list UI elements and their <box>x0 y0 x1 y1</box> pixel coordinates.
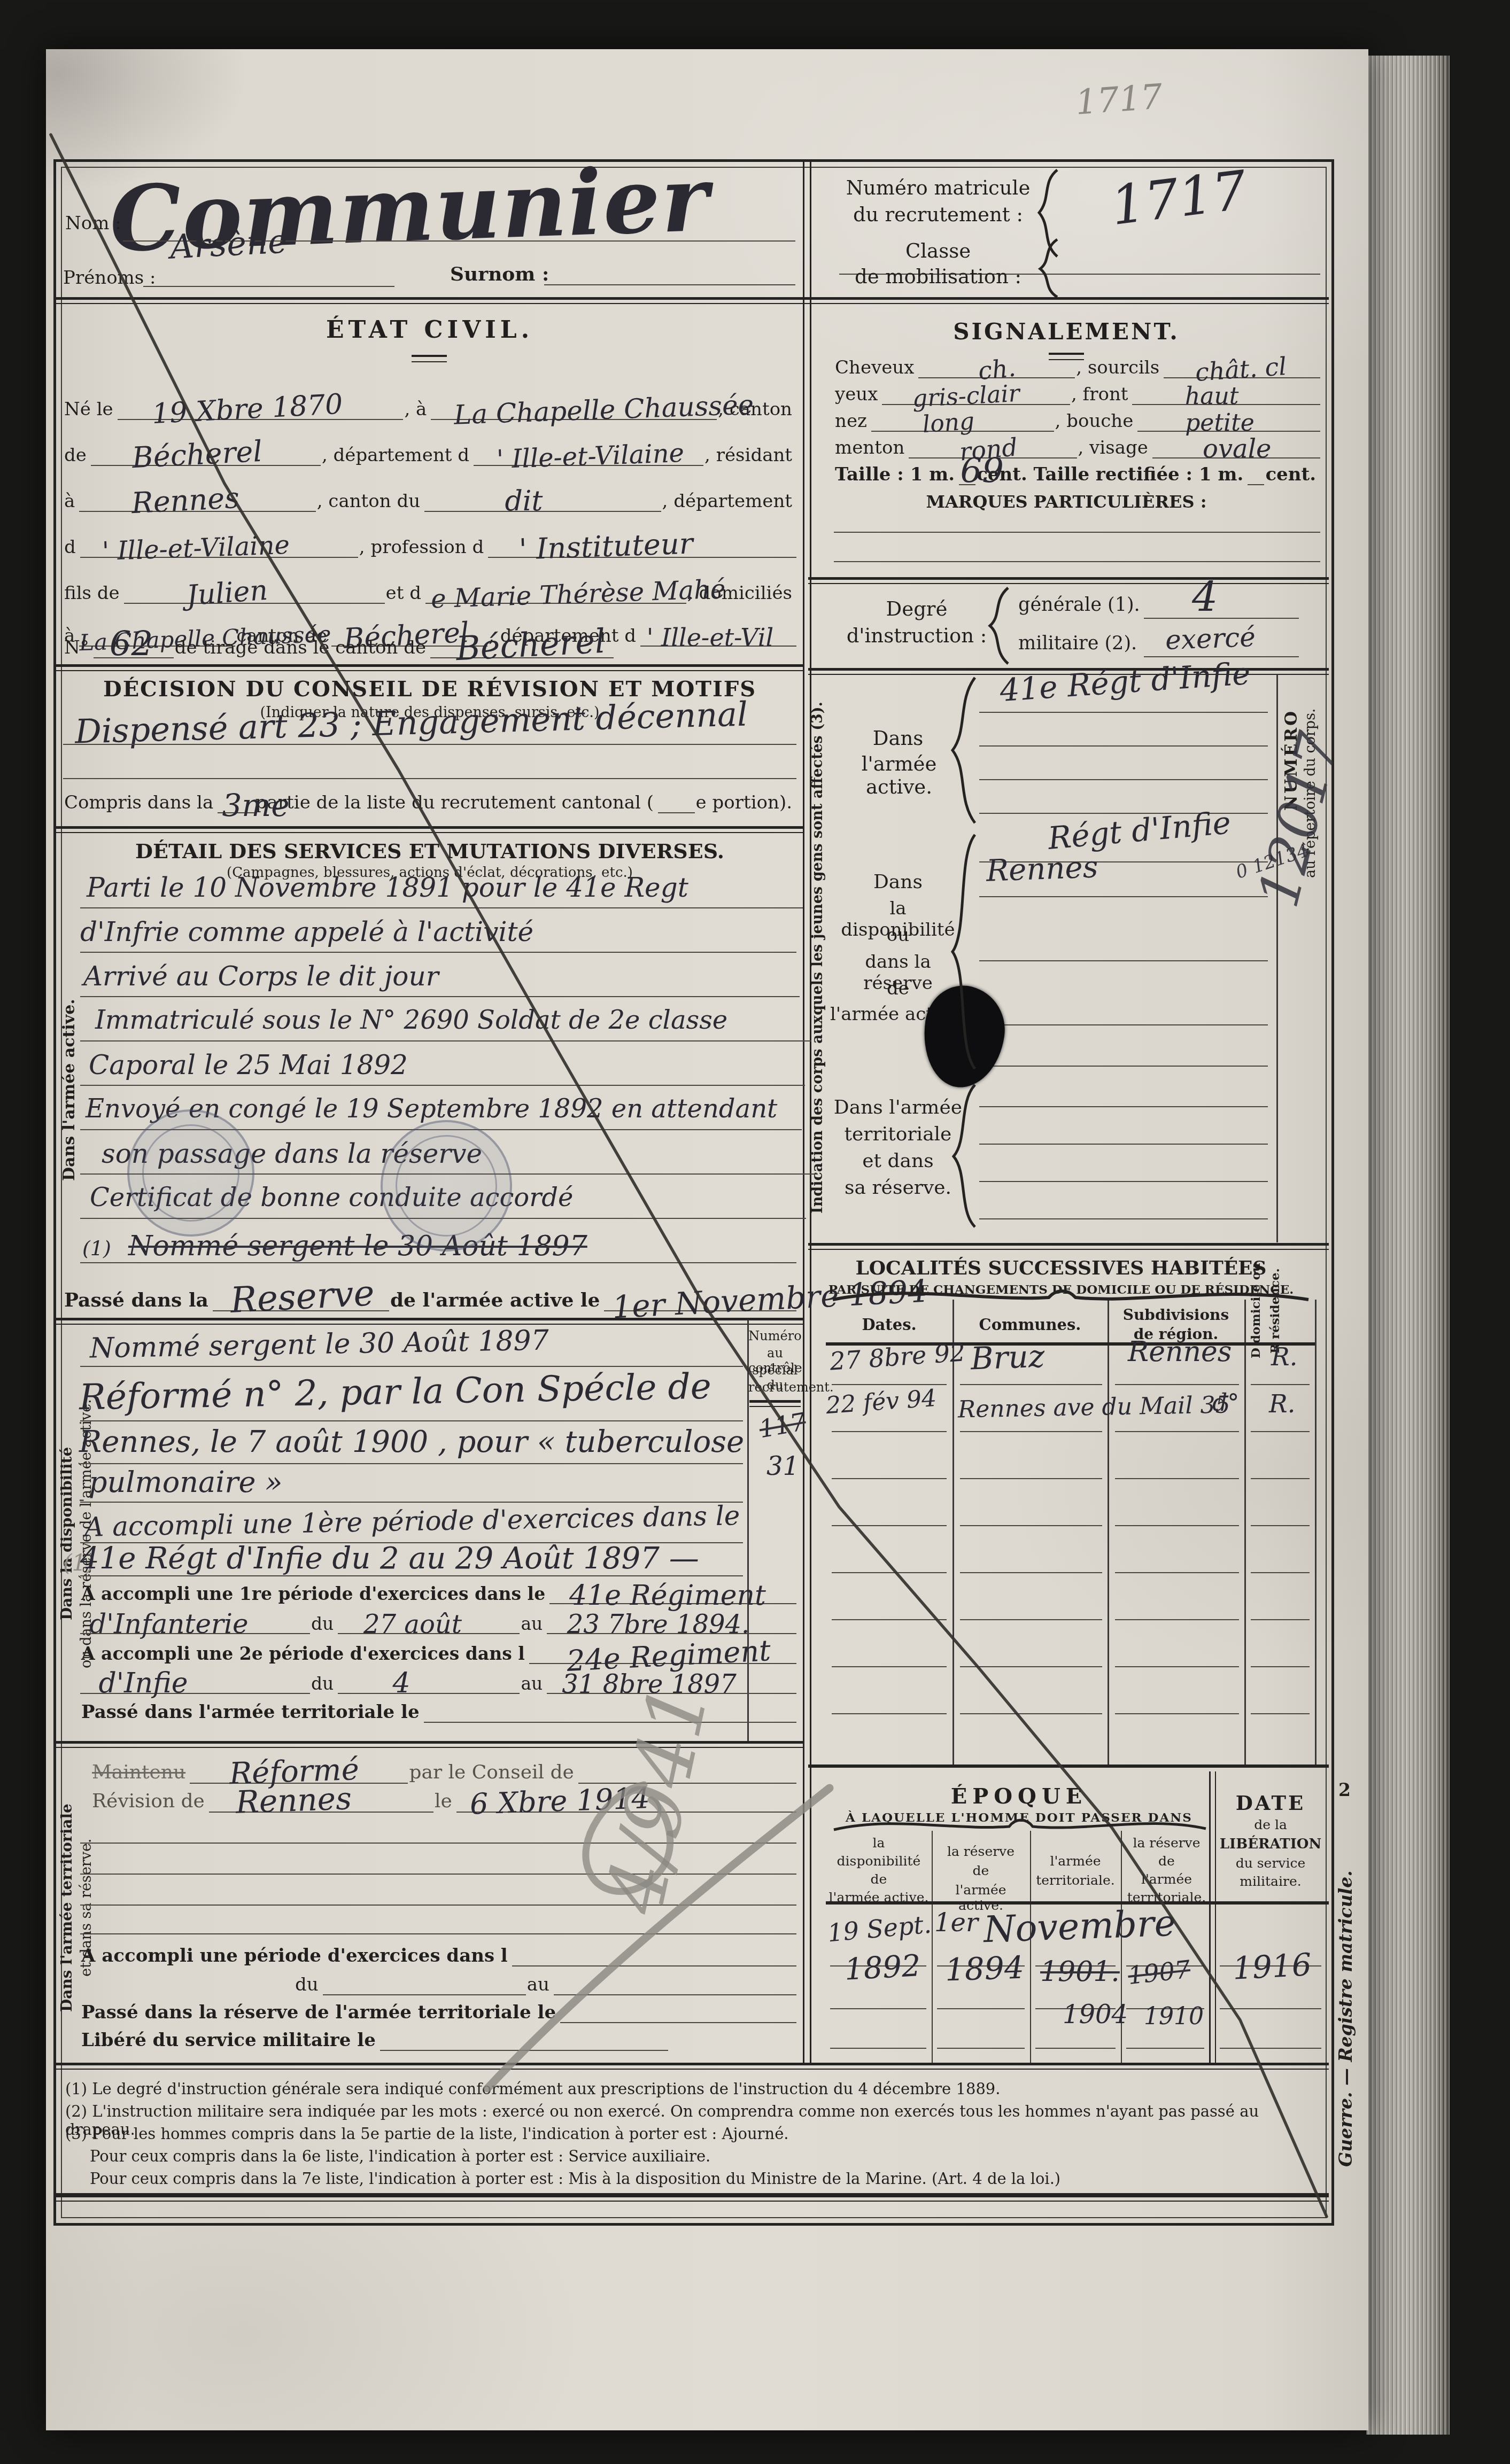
epoque-terr-res-year: 1910 <box>1144 2003 1204 2030</box>
reserve-hand-3: Rennes, le 7 août 1900 , pour « tubercul… <box>79 1425 744 1459</box>
decision-bottom-rule <box>53 826 803 833</box>
nickname-line <box>544 268 795 285</box>
periode-1b-value-2: 23 7bre 1894. <box>567 1612 750 1637</box>
terr-periode-row: A accompli une période d'exercices dans … <box>80 1940 796 1966</box>
loc-rule-r8c3 <box>1115 1706 1239 1714</box>
epoque-reserve-year: 1894 <box>944 1949 1025 1988</box>
periode-1b-value-0: d'Infanterie <box>89 1611 248 1637</box>
compris-row: Compris dans la 3me partie de la liste d… <box>63 781 796 813</box>
bouche-fill: petite <box>1137 404 1320 432</box>
periode-2-label: A accompli une 2e période d'exercices da… <box>80 1645 529 1664</box>
loc-r2-dr: R. <box>1269 1389 1295 1418</box>
dispo-value-2: Rennes <box>986 850 1098 888</box>
periode-1b-value-1: 27 août <box>363 1612 462 1637</box>
loc-rule-r6c1 <box>832 1612 947 1620</box>
nez-label: nez <box>834 412 871 432</box>
loc-rule-r3c4 <box>1251 1471 1310 1479</box>
terr-label-4: sa réserve. <box>830 1177 966 1199</box>
passe-reserve-label-2: de l'armée active le <box>389 1291 605 1311</box>
loc-rule-r1c1 <box>832 1377 947 1385</box>
revision-fill-1: Rennes <box>209 1784 433 1813</box>
passe-reserve-fill-2: 1er Novembre 1894 <box>604 1279 796 1311</box>
folio-pencil-number: 1717 <box>1074 77 1164 122</box>
etat-r3-fill1: Rennes <box>79 465 315 512</box>
epoque-c1-l3: de <box>826 1871 932 1887</box>
reserve-rule-1 <box>80 1362 743 1367</box>
signalement-row-1: Cheveux ch. , sourcils chât. cl <box>834 345 1320 378</box>
epoque-c3-l1: l'armée <box>1030 1853 1121 1869</box>
terr-line-3 <box>979 1169 1268 1182</box>
maintenu-label-2: par le Conseil de <box>408 1763 578 1784</box>
visage-fill: ovale <box>1152 431 1320 458</box>
tirage-number: 62 <box>110 627 153 662</box>
compris-label-3: e portion). <box>695 794 796 813</box>
terr-passe-fill <box>560 1996 796 2023</box>
terr-au-fill <box>554 1968 796 1995</box>
etat-r5-label: fils de <box>63 584 124 604</box>
passe-reserve-value-1: Reserve <box>229 1276 375 1318</box>
periode-1b-row: d'Infanterie du 27 août au 23 7bre 1894. <box>80 1605 796 1634</box>
loc-rule-r3c1 <box>832 1471 947 1479</box>
etat-r5-mid: et d <box>385 584 425 604</box>
periode-2-row: A accompli une 2e période d'exercices da… <box>80 1635 796 1664</box>
nickname-label: Surnom : <box>450 263 549 285</box>
loc-rule-r3c2 <box>960 1471 1102 1479</box>
etat-r2-end: , résidant <box>703 446 796 466</box>
etat-r1-mid: , à <box>403 400 431 420</box>
terr-periode-label: A accompli une période d'exercices dans … <box>80 1947 512 1966</box>
terr-side-caption-1: Dans l'armée territoriale <box>58 1758 77 2057</box>
controle-caption-1: Numéro <box>748 1328 802 1343</box>
loc-rule-r4c4 <box>1251 1518 1310 1526</box>
armee-active-line-2 <box>979 734 1268 747</box>
periode-1-label: A accompli une 1re période d'exercices d… <box>80 1585 549 1604</box>
controle-number: 31 <box>766 1451 799 1481</box>
epoque-date-divider <box>1209 1771 1216 2063</box>
reserve-side-caption-1: Dans la disponibilité <box>58 1336 77 1731</box>
loc-rule-r3c3 <box>1115 1471 1239 1479</box>
tirage-fill: Bécherel <box>430 618 613 658</box>
epoque-c3-l2: territoriale. <box>1030 1872 1121 1888</box>
services-bottom-rule <box>53 1318 803 1325</box>
localites-divider-4 <box>1315 1300 1317 1765</box>
passe-reserve-row: Passé dans la Reserve de l'armée active … <box>63 1280 796 1311</box>
firstname-script: Arsène <box>169 221 288 266</box>
liberation-year: 1916 <box>1232 1946 1312 1987</box>
footnotes-top-rule <box>53 2063 1329 2070</box>
loc-rule-r2c3 <box>1115 1424 1239 1432</box>
periode-1-fill: 41e Régiment <box>549 1574 796 1604</box>
etat-r2-mid: , département d <box>321 446 474 466</box>
compris-value: 3me <box>222 790 289 821</box>
periode-2b-du: du <box>310 1675 338 1694</box>
decision-top-rule <box>53 664 803 671</box>
periode-1b-fill-1: 27 août <box>338 1604 520 1634</box>
date-col-l2: de la <box>1212 1817 1329 1832</box>
periode-1b-fill-2: 23 7bre 1894. <box>547 1604 796 1634</box>
scanned-register-page: 1717 Communier Nom : Arsène Prénoms : Su… <box>0 0 1510 2464</box>
etat-r3-fill2: dit <box>424 465 661 512</box>
localites-col-dr-1: D domicile ou <box>1249 1255 1265 1367</box>
epoque-c1-l2: disponibilité <box>826 1853 932 1869</box>
frame-bottom-heavy-rule <box>53 2193 1329 2202</box>
service-line-3: Arrivé au Corps le dit jour <box>80 961 800 997</box>
dispo-label-5: de <box>845 978 951 999</box>
loc-rule-r8c2 <box>960 1706 1102 1714</box>
generale-label: générale (1). <box>1018 594 1140 616</box>
epoque-c1-l1: la <box>826 1835 932 1851</box>
etat-r3-mid: , canton du <box>316 492 424 512</box>
signalement-row-2: yeux gris-clair , front haut <box>834 378 1320 405</box>
signalement-title: SIGNALEMENT. <box>826 318 1307 345</box>
header-bottom-rule <box>53 297 1329 304</box>
revision-le: le <box>433 1792 456 1813</box>
etat-r4-label: d <box>63 538 80 558</box>
service-line-9-prefix: (1) <box>82 1237 111 1260</box>
marques-line-1 <box>834 521 1320 533</box>
libere-label: Libéré du service militaire le <box>80 2031 380 2051</box>
passe-territoriale-fill <box>424 1695 796 1723</box>
loc-rule-r5c1 <box>832 1565 947 1573</box>
service-line-1: Parti le 10 Novembre 1891 pour le 41e Re… <box>80 872 803 908</box>
yeux-label: yeux <box>834 385 882 405</box>
ep-rule-3c5 <box>1220 2042 1321 2049</box>
terr-du-fill <box>323 1968 526 1995</box>
ep-rule-2c5 <box>1220 2003 1321 2009</box>
localites-divider-1 <box>953 1300 954 1765</box>
front-label: , front <box>1070 385 1132 405</box>
maintenu-fill: Réformé <box>190 1755 408 1784</box>
services-side-caption: Dans l'armée active. <box>60 930 81 1250</box>
epoque-c4-l3: l'armée <box>1121 1871 1212 1887</box>
services-title: DÉTAIL DES SERVICES ET MUTATIONS DIVERSE… <box>63 839 796 863</box>
terr-passe-row: Passé dans la réserve de l'armée territo… <box>80 1997 796 2023</box>
etat-r2-fill1: Bécherel <box>91 419 321 466</box>
terr-passe-label: Passé dans la réserve de l'armée territo… <box>80 2003 560 2023</box>
localites-col-dates: Dates. <box>826 1316 953 1334</box>
loc-rule-r5c2 <box>960 1565 1102 1573</box>
degre-label-1: Degré <box>850 597 984 620</box>
numero-repertoire-rule <box>1276 674 1278 1242</box>
tirage-fill-end <box>614 619 796 658</box>
generale-value: 4 <box>1192 573 1218 620</box>
visage-label: , visage <box>1077 439 1152 458</box>
register-margin-number: 2 <box>1338 1779 1351 1800</box>
classe-label-2: de mobilisation : <box>834 265 1042 288</box>
loc-r2-commune: Rennes ave du Mail 35 <box>958 1392 1230 1424</box>
surname-label: Nom : <box>65 213 121 234</box>
loc-rule-r7c2 <box>960 1659 1102 1667</box>
epoque-terr-year: 1904 <box>1063 2000 1128 2030</box>
dispo-label-1: Dans <box>845 871 951 893</box>
passe-reserve-label-1: Passé dans la <box>63 1291 213 1311</box>
compris-label-1: Compris dans la <box>63 794 218 813</box>
date-col-l1: DATE <box>1212 1791 1329 1815</box>
yeux-fill: gris-clair <box>882 377 1070 405</box>
epoque-reserve-1er: 1er <box>934 1908 978 1938</box>
ep-rule-3c2 <box>937 2042 1025 2049</box>
etat-civil-title: ÉTAT CIVIL. <box>63 316 796 344</box>
etat-r3-end: , département <box>661 492 797 512</box>
libere-row: Libéré du service militaire le <box>80 2025 668 2051</box>
degre-label-2: d'instruction : <box>834 624 1000 647</box>
revision-label: Révision de <box>91 1792 209 1813</box>
compris-fill-2 <box>658 780 695 813</box>
maintenu-struck: Maintenu <box>91 1763 190 1784</box>
terr-au-label: au <box>526 1976 554 1995</box>
controle-caption-4: recrutement. <box>748 1380 802 1395</box>
tirage-row: N° 62 de tirage dans le canton de Bécher… <box>63 619 796 658</box>
loc-rule-r4c3 <box>1115 1518 1239 1526</box>
menton-label: menton <box>834 439 909 458</box>
classe-label-1: Classe <box>834 239 1042 262</box>
localites-title: LOCALITÉS SUCCESSIVES HABITÉES <box>826 1257 1296 1279</box>
etat-r1-fill2: La Chapelle Chaussée <box>431 373 717 420</box>
marques-line-2 <box>834 550 1320 562</box>
etat-row-3: à Rennes , canton du dit , département <box>63 466 796 512</box>
signalement-row-3: nez long , bouche petite <box>834 405 1320 432</box>
periode-1b-fill-0: d'Infanterie <box>80 1604 310 1634</box>
taille-fill: 69 <box>959 457 975 485</box>
localites-col-subdiv-1: Subdivisions <box>1108 1306 1244 1324</box>
loc-r1-dr: R. <box>1271 1342 1297 1371</box>
etat-row-2: de Bécherel , département d ' Ille-et-Vi… <box>63 420 796 466</box>
periode-2-fill: 24e Regiment <box>529 1634 796 1664</box>
footnote-1: (1) Le degré d'instruction générale sera… <box>65 2080 1321 2098</box>
compris-fill-1: 3me <box>218 780 254 813</box>
epoque-terr-year-struck: 1901. <box>1040 1956 1120 1988</box>
armee-active-line-3 <box>979 767 1268 780</box>
localites-top-rule <box>808 1243 1329 1250</box>
dispo-label-3: ou <box>845 924 951 946</box>
loc-rule-r6c2 <box>960 1612 1102 1620</box>
epoque-c2-l1: la réserve <box>932 1844 1030 1859</box>
terr-empty-line-4 <box>80 1925 796 1934</box>
epoque-divider-1 <box>932 1831 933 2063</box>
terr-line-4 <box>979 1207 1268 1219</box>
etat-r5-fill1: Julien <box>124 557 385 604</box>
loc-rule-r8c1 <box>832 1706 947 1714</box>
loc-rule-r2c1 <box>832 1424 947 1432</box>
armee-active-label-2: l'armée active. <box>830 752 969 798</box>
nez-fill: long <box>871 404 1054 432</box>
militaire-label: militaire (2). <box>1018 633 1137 654</box>
etat-civil-dash <box>412 355 447 362</box>
epoque-header-rule <box>826 1901 1329 1905</box>
loc-rule-r6c4 <box>1251 1612 1310 1620</box>
loc-rule-r8c4 <box>1251 1706 1310 1714</box>
periode-1b-au: au <box>520 1615 547 1634</box>
loc-r1-commune: Bruz <box>970 1338 1046 1377</box>
loc-rule-r5c4 <box>1251 1565 1310 1573</box>
marques-label: MARQUES PARTICULIÈRES : <box>826 492 1307 512</box>
ep-rule-3c1 <box>830 2042 926 2049</box>
armee-active-label-1: Dans <box>855 727 941 750</box>
sourcils-fill: chât. cl <box>1164 344 1320 378</box>
decision-line-1 <box>63 733 796 745</box>
passe-reserve-fill-1: Reserve <box>213 1279 389 1311</box>
loc-rule-r6c3 <box>1115 1612 1239 1620</box>
signalement-bottom-rule <box>808 577 1329 584</box>
loc-rule-r1c4 <box>1251 1377 1310 1385</box>
matricule-label-2: du recrutement : <box>834 203 1042 226</box>
terr-du-label: du <box>294 1976 323 1995</box>
service-line-2: d'Infrie comme appelé à l'activité <box>80 916 796 953</box>
etat-r4-fill1: ' Ille-et-Vilaine <box>80 511 358 558</box>
militaire-value: exercé <box>1165 621 1256 656</box>
register-margin-caption: Guerre. — Registre matricule. <box>1335 1816 1357 2222</box>
etat-row-1: Né le 19 Xbre 1870 , à La Chapelle Chaus… <box>63 374 796 420</box>
reserve-hand-4: pulmonaire » <box>89 1465 283 1499</box>
loc-rule-r7c4 <box>1251 1659 1310 1667</box>
periode-2b-fill-0: d'Infie <box>80 1664 310 1694</box>
footnote-3: (3) Pour les hommes compris dans la 5e p… <box>65 2125 1321 2143</box>
etat-r1-label: Né le <box>63 400 118 420</box>
epoque-c4-l2: de <box>1121 1853 1212 1869</box>
compris-label-2: partie de la liste du recrutement canton… <box>254 794 658 813</box>
etat-r4-mid: , profession d <box>358 538 489 558</box>
reserve-rule-2 <box>80 1416 743 1421</box>
bouche-label: , bouche <box>1054 412 1138 432</box>
periode-2b-value-0: d'Infie <box>98 1669 188 1697</box>
firstname-line <box>143 270 394 287</box>
tirage-no-fill: 62 <box>94 618 174 658</box>
terr-label-2: territoriale <box>830 1123 966 1145</box>
etat-r1-fill1: 19 Xbre 1870 <box>118 373 404 420</box>
etat-r3-label: à <box>63 492 79 512</box>
epoque-c2-l2: de <box>932 1863 1030 1878</box>
etat-row-5: fils de Julien et d e Marie Thérèse Mahé… <box>63 558 796 604</box>
epoque-subtitle: À LAQUELLE L'HOMME DOIT PASSER DANS <box>826 1810 1212 1825</box>
periode-1-row: A accompli une 1re période d'exercices d… <box>80 1575 796 1604</box>
localites-divider-2 <box>1108 1300 1109 1765</box>
generale-line <box>1144 604 1299 619</box>
revision-city: Rennes <box>235 1783 352 1818</box>
service-line-5: Caporal le 25 Mai 1892 <box>80 1050 805 1086</box>
epoque-c4-l1: la réserve <box>1121 1835 1212 1851</box>
front-fill: haut <box>1132 377 1320 405</box>
dispo-line-4 <box>979 1013 1268 1025</box>
cheveux-fill: ch. <box>918 344 1075 378</box>
loc-rule-r7c3 <box>1115 1659 1239 1667</box>
periode-2b-au: au <box>520 1675 547 1694</box>
terr-periode-fill <box>512 1939 796 1966</box>
etat-r2-fill2: ' Ille-et-Vilaine <box>474 419 703 466</box>
loc-r2-subdiv: d° <box>1212 1389 1239 1417</box>
loc-rule-r7c1 <box>832 1659 947 1667</box>
terr-empty-line-3 <box>80 1896 796 1906</box>
libere-fill <box>380 2024 668 2051</box>
taille-rectifiee-label: cent. Taille rectifiée : 1 m. <box>975 465 1248 485</box>
periode-2b-fill-1: 4 <box>338 1664 520 1694</box>
localites-subtitle: PAR SUITE DE CHANGEMENTS DE DOMICILE OU … <box>826 1282 1296 1297</box>
reserve-rule-3 <box>80 1459 743 1464</box>
date-col-l3: LIBÉRATION <box>1212 1836 1329 1852</box>
periode-1b-du: du <box>310 1615 338 1634</box>
taille-value: 69 <box>960 454 1003 488</box>
tirage-canton: Bécherel <box>455 625 607 666</box>
ep-rule-3c4 <box>1126 2042 1204 2049</box>
localites-bottom-rule <box>808 1765 1329 1768</box>
taille-rectifiee-fill <box>1248 457 1264 485</box>
loc-rule-r1c3 <box>1115 1377 1239 1385</box>
loc-rule-r5c3 <box>1115 1565 1239 1573</box>
tirage-label: de tirage dans le canton de <box>174 639 430 658</box>
tirage-no-label: N° <box>63 639 94 658</box>
loc-r1-subdiv: Rennes <box>1128 1336 1232 1368</box>
decision-line-2 <box>63 767 796 779</box>
loc-rule-r2c4 <box>1251 1424 1310 1432</box>
terr-du-au-row: du au <box>80 1969 796 1995</box>
terr-label-1: Dans l'armée <box>830 1097 966 1118</box>
taille-cent-label: cent. <box>1264 465 1320 485</box>
service-line-4: Immatriculé sous le N° 2690 Soldat de 2e… <box>80 1005 811 1041</box>
loc-rule-r2c2 <box>960 1424 1102 1432</box>
ep-rule-3c3 <box>1035 2042 1116 2049</box>
date-col-l5: militaire. <box>1212 1874 1329 1889</box>
book-page-stack-edge <box>1366 56 1450 2435</box>
controle-caption-rule <box>749 1400 801 1407</box>
etat-r2-label: de <box>63 446 91 466</box>
passe-territoriale-label: Passé dans l'armée territoriale le <box>80 1703 424 1723</box>
dispo-line-3 <box>979 949 1268 961</box>
footnote-5: Pour ceux compris dans la 7e liste, l'in… <box>90 2170 1319 2188</box>
etat-r4-fill2: ' Instituteur <box>488 511 796 558</box>
etat-r5-fill2: e Marie Thérèse Mahé <box>425 557 686 604</box>
firstname-label: Prénoms : <box>63 267 156 289</box>
ep-rule-2c2 <box>937 2003 1025 2009</box>
loc-rule-r1c2 <box>960 1377 1102 1385</box>
periode-2b-value-1: 4 <box>392 1669 410 1697</box>
sourcils-label: , sourcils <box>1075 359 1164 378</box>
localites-col-communes: Communes. <box>953 1316 1108 1334</box>
epoque-title: ÉPOQUE <box>826 1784 1212 1809</box>
ep-rule-2c1 <box>830 2003 926 2009</box>
terr-line-1 <box>979 1094 1268 1107</box>
signalement-row-4: menton rond , visage ovale <box>834 432 1320 458</box>
terr-label-3: et dans <box>830 1150 966 1172</box>
epoque-dispo-year: 1892 <box>843 1948 922 1987</box>
date-col-l4: du service <box>1212 1855 1329 1871</box>
loc-rule-r4c1 <box>832 1518 947 1526</box>
taille-label: Taille : 1 m. <box>834 465 959 485</box>
cheveux-label: Cheveux <box>834 359 918 378</box>
loc-rule-r4c2 <box>960 1518 1102 1526</box>
terr-line-2 <box>979 1132 1268 1145</box>
localites-divider-3 <box>1244 1300 1246 1765</box>
taille-row: Taille : 1 m. 69 cent. Taille rectifiée … <box>834 458 1320 485</box>
dispo-line-5 <box>979 1054 1268 1067</box>
etat-row-4: d ' Ille-et-Vilaine , profession d ' Ins… <box>63 512 796 558</box>
matricule-label-1: Numéro matricule <box>834 176 1042 199</box>
footnote-4: Pour ceux compris dans la 6e liste, l'in… <box>90 2147 1319 2165</box>
epoque-reserve-month: Novembre <box>983 1902 1176 1952</box>
